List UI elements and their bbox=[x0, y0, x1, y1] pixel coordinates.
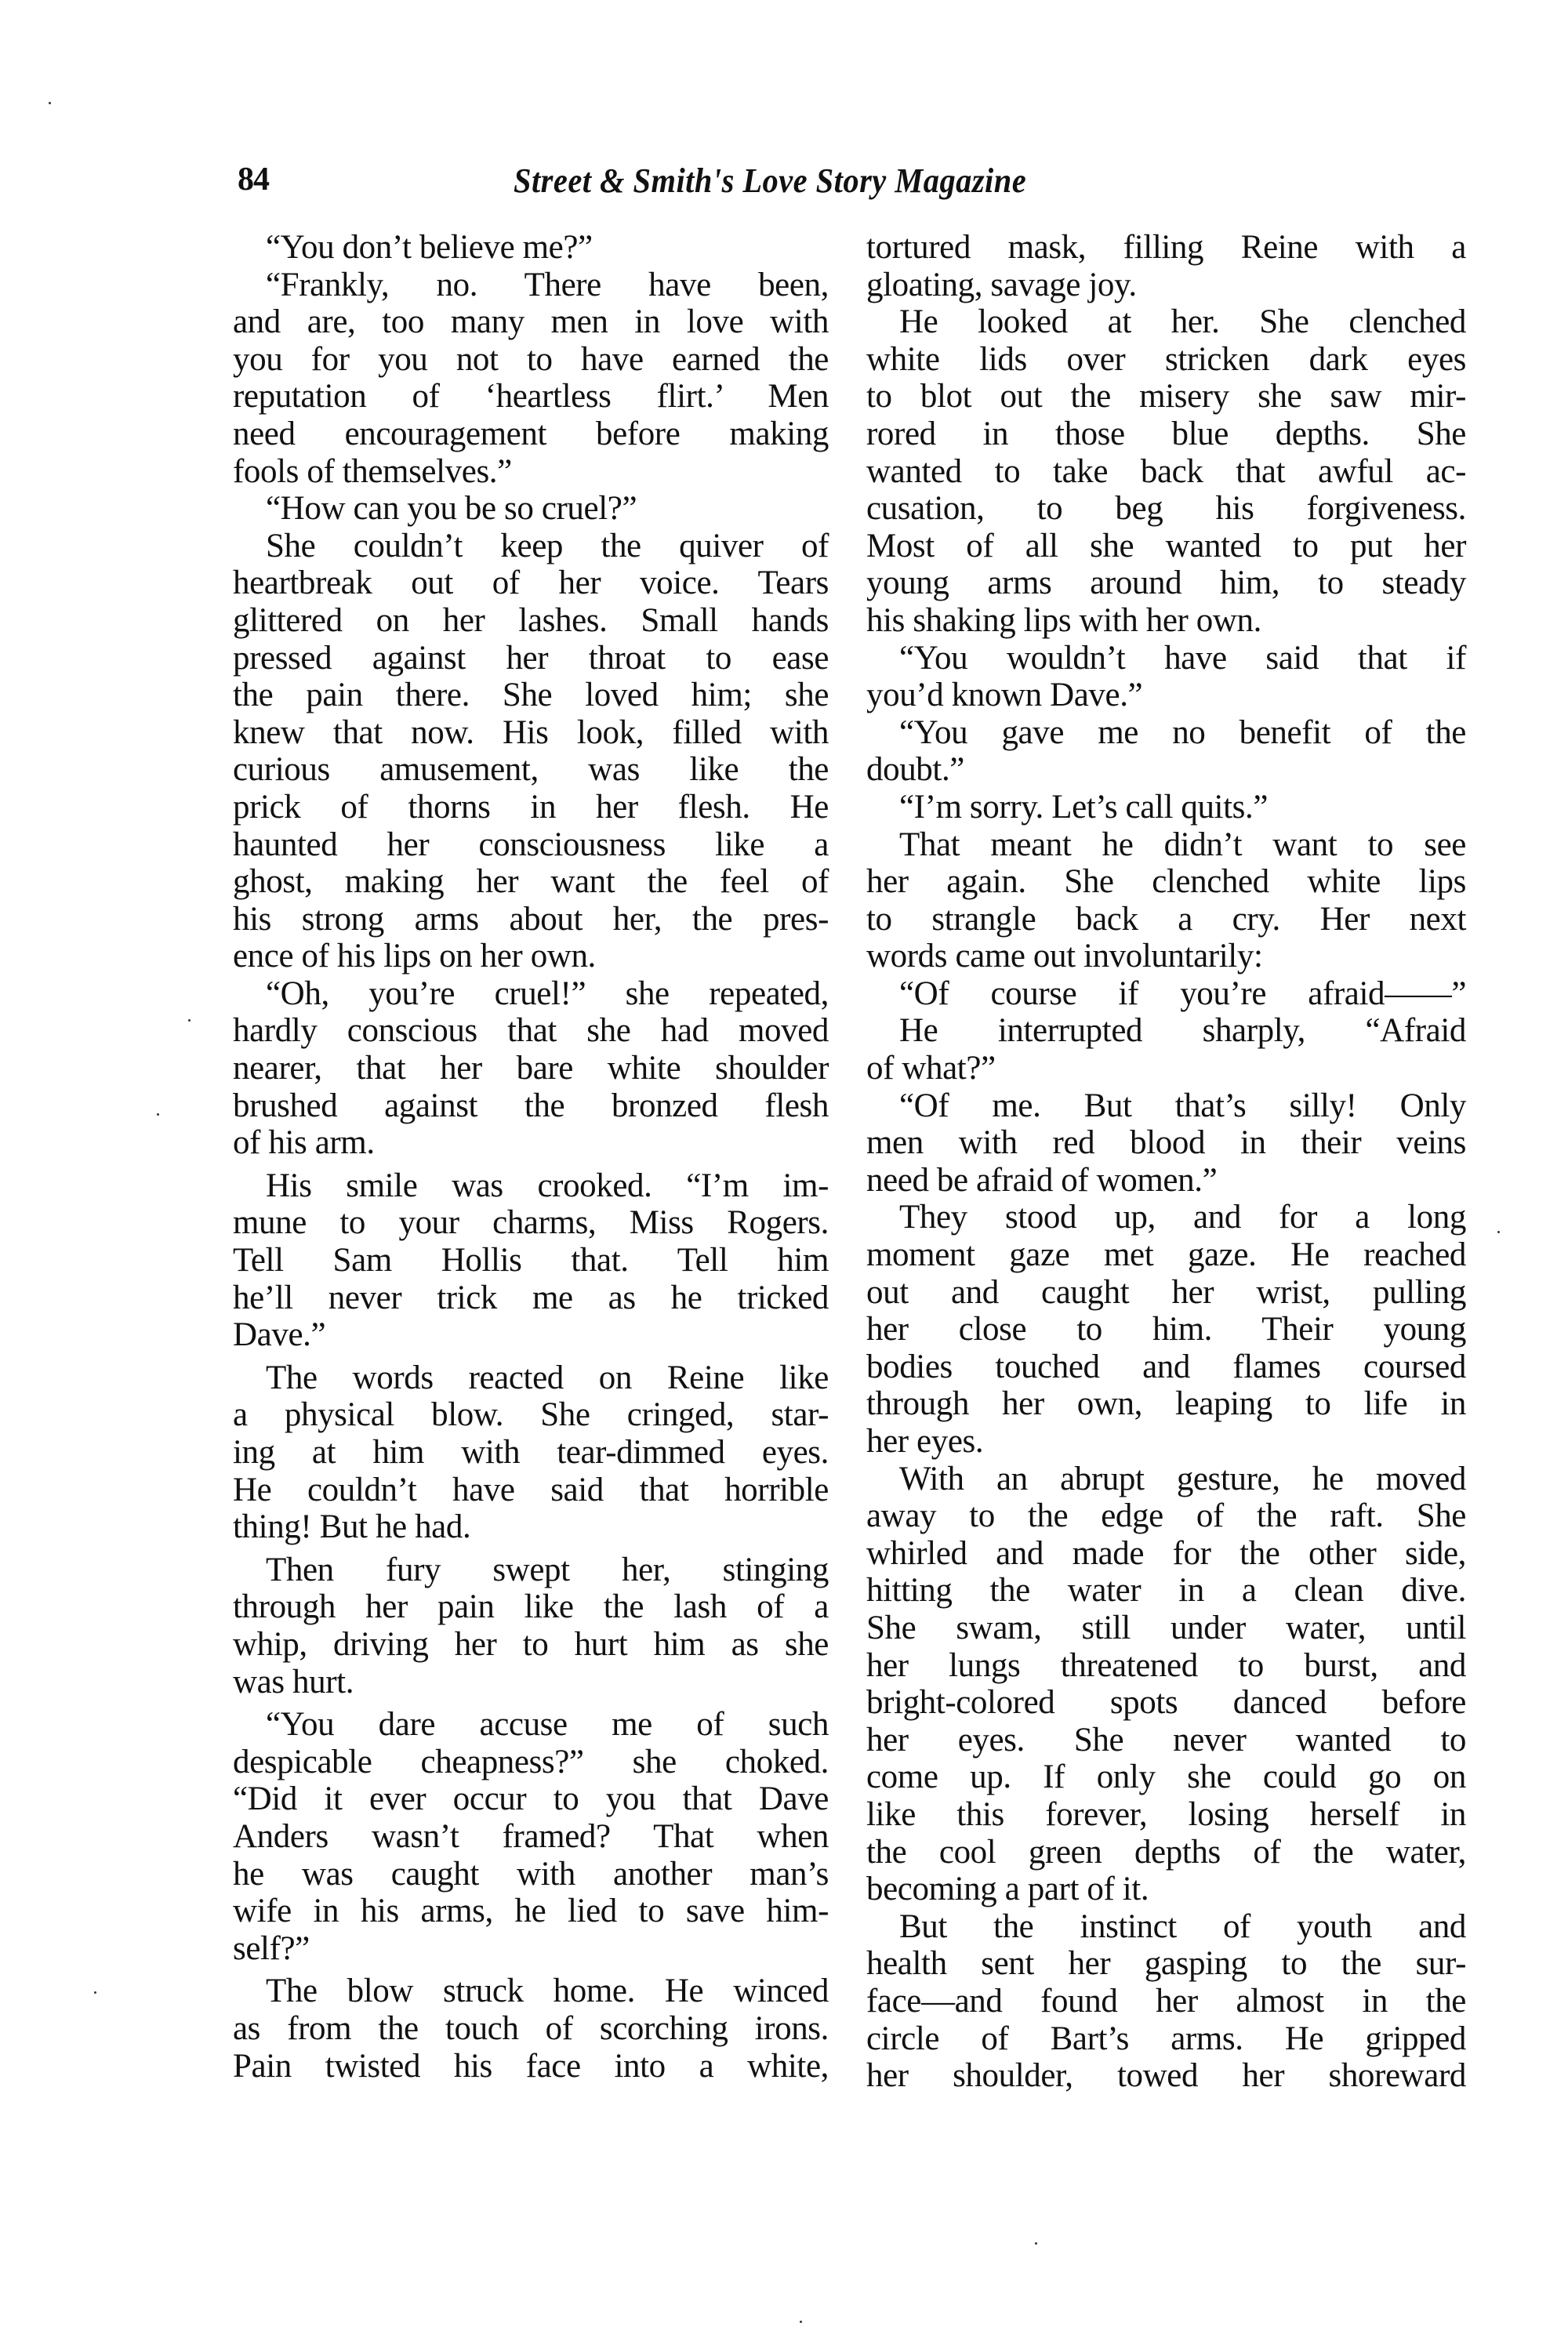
text-line: doubt.” bbox=[866, 751, 1466, 789]
text-line: whip, driving her to hurt him as she bbox=[233, 1626, 829, 1664]
text-line: The blow struck home. He winced bbox=[233, 1973, 829, 2010]
scan-speck bbox=[1035, 2242, 1037, 2245]
text-line: Tell Sam Hollis that. Tell him bbox=[233, 1242, 829, 1279]
text-line: bright-colored spots danced before bbox=[866, 1684, 1466, 1722]
text-line: hardly conscious that she had moved bbox=[233, 1012, 829, 1050]
text-line: prick of thorns in her flesh. He bbox=[233, 789, 829, 826]
text-line: “I’m sorry. Let’s call quits.” bbox=[866, 789, 1466, 826]
scan-speck bbox=[1497, 1231, 1500, 1233]
text-line: men with red blood in their veins bbox=[866, 1124, 1466, 1162]
text-line: come up. If only she could go on bbox=[866, 1759, 1466, 1796]
text-line: wanted to take back that awful ac- bbox=[866, 453, 1466, 491]
text-line: gloating, savage joy. bbox=[866, 267, 1466, 304]
text-line: Then fury swept her, stinging bbox=[233, 1552, 829, 1589]
text-line: nearer, that her bare white shoulder bbox=[233, 1050, 829, 1087]
text-line: pressed against her throat to ease bbox=[233, 640, 829, 677]
text-line: rored in those blue depths. She bbox=[866, 416, 1466, 453]
text-line: becoming a part of it. bbox=[866, 1871, 1466, 1908]
text-line: Anders wasn’t framed? That when bbox=[233, 1818, 829, 1856]
left-column: “You don’t believe me?”“Frankly, no. The… bbox=[233, 229, 829, 2085]
text-line: self?” bbox=[233, 1930, 829, 1968]
text-line: to strangle back a cry. Her next bbox=[866, 901, 1466, 938]
text-line: away to the edge of the raft. She bbox=[866, 1497, 1466, 1535]
text-line: “Of me. But that’s silly! Only bbox=[866, 1087, 1466, 1125]
text-line: haunted her consciousness like a bbox=[233, 826, 829, 864]
page-header: 84 Street & Smith's Love Story Magazine bbox=[235, 161, 1474, 200]
text-line: circle of Bart’s arms. He gripped bbox=[866, 2020, 1466, 2058]
text-line: moment gaze met gaze. He reached bbox=[866, 1236, 1466, 1274]
text-line: need be afraid of women.” bbox=[866, 1162, 1466, 1200]
text-line: through her own, leaping to life in bbox=[866, 1385, 1466, 1423]
text-line: his shaking lips with her own. bbox=[866, 602, 1466, 640]
text-line: face—and found her almost in the bbox=[866, 1983, 1466, 2020]
scan-speck bbox=[94, 1991, 96, 1994]
text-line: tortured mask, filling Reine with a bbox=[866, 229, 1466, 267]
text-line: white lids over stricken dark eyes bbox=[866, 341, 1466, 379]
text-line: the cool green depths of the water, bbox=[866, 1834, 1466, 1871]
text-line: and are, too many men in love with bbox=[233, 303, 829, 341]
text-line: He couldn’t have said that horrible bbox=[233, 1472, 829, 1509]
text-line: curious amusement, was like the bbox=[233, 751, 829, 789]
text-line: With an abrupt gesture, he moved bbox=[866, 1461, 1466, 1498]
scan-speck bbox=[800, 2321, 802, 2323]
text-line: young arms around him, to steady bbox=[866, 564, 1466, 602]
text-line: need encouragement before making bbox=[233, 416, 829, 453]
text-line: you for you not to have earned the bbox=[233, 341, 829, 379]
text-line: mune to your charms, Miss Rogers. bbox=[233, 1204, 829, 1242]
text-line: you’d known Dave.” bbox=[866, 677, 1466, 714]
text-line: ing at him with tear-dimmed eyes. bbox=[233, 1434, 829, 1472]
text-line: Most of all she wanted to put her bbox=[866, 528, 1466, 565]
text-line: He looked at her. She clenched bbox=[866, 303, 1466, 341]
scan-speck bbox=[188, 1019, 191, 1022]
text-line: She swam, still under water, until bbox=[866, 1610, 1466, 1647]
text-line: was hurt. bbox=[233, 1664, 829, 1701]
text-line: out and caught her wrist, pulling bbox=[866, 1274, 1466, 1312]
running-title: Street & Smith's Love Story Magazine bbox=[514, 161, 1026, 201]
text-line: his strong arms about her, the pres- bbox=[233, 901, 829, 938]
text-line: glittered on her lashes. Small hands bbox=[233, 602, 829, 640]
text-line: reputation of ‘heartless flirt.’ Men bbox=[233, 378, 829, 416]
text-line: But the instinct of youth and bbox=[866, 1908, 1466, 1946]
text-line: bodies touched and flames coursed bbox=[866, 1348, 1466, 1386]
text-line: That meant he didn’t want to see bbox=[866, 826, 1466, 864]
right-column: tortured mask, filling Reine with agloat… bbox=[866, 229, 1466, 2095]
text-line: knew that now. His look, filled with bbox=[233, 714, 829, 752]
text-line: ghost, making her want the feel of bbox=[233, 863, 829, 901]
text-line: “Of course if you’re afraid——” bbox=[866, 975, 1466, 1013]
text-line: “Did it ever occur to you that Dave bbox=[233, 1780, 829, 1818]
text-line: a physical blow. She cringed, star- bbox=[233, 1396, 829, 1434]
text-line: the pain there. She loved him; she bbox=[233, 677, 829, 714]
text-line: brushed against the bronzed flesh bbox=[233, 1087, 829, 1125]
text-line: her close to him. Their young bbox=[866, 1311, 1466, 1348]
text-line: her again. She clenched white lips bbox=[866, 863, 1466, 901]
text-line: He interrupted sharply, “Afraid bbox=[866, 1012, 1466, 1050]
text-line: her eyes. She never wanted to bbox=[866, 1722, 1466, 1759]
text-line: The words reacted on Reine like bbox=[233, 1359, 829, 1397]
text-line: His smile was crooked. “I’m im- bbox=[233, 1167, 829, 1205]
text-line: her lungs threatened to burst, and bbox=[866, 1647, 1466, 1685]
text-line: Pain twisted his face into a white, bbox=[233, 2048, 829, 2085]
text-line: fools of themselves.” bbox=[233, 453, 829, 491]
page-number: 84 bbox=[238, 161, 269, 198]
text-line: “You wouldn’t have said that if bbox=[866, 640, 1466, 677]
text-line: of his arm. bbox=[233, 1124, 829, 1162]
text-line: health sent her gasping to the sur- bbox=[866, 1945, 1466, 1983]
text-line: They stood up, and for a long bbox=[866, 1199, 1466, 1236]
text-line: as from the touch of scorching irons. bbox=[233, 2010, 829, 2048]
text-line: “You gave me no benefit of the bbox=[866, 714, 1466, 752]
text-line: he was caught with another man’s bbox=[233, 1856, 829, 1893]
scan-speck bbox=[49, 102, 51, 104]
text-line: heartbreak out of her voice. Tears bbox=[233, 564, 829, 602]
text-line: to blot out the misery she saw mir- bbox=[866, 378, 1466, 416]
text-line: “You don’t believe me?” bbox=[233, 229, 829, 267]
text-line: through her pain like the lash of a bbox=[233, 1588, 829, 1626]
text-line: he’ll never trick me as he tricked bbox=[233, 1279, 829, 1317]
text-line: “Oh, you’re cruel!” she repeated, bbox=[233, 975, 829, 1013]
scan-speck bbox=[157, 1113, 159, 1116]
text-line: She couldn’t keep the quiver of bbox=[233, 528, 829, 565]
text-line: thing! But he had. bbox=[233, 1508, 829, 1546]
text-line: words came out involuntarily: bbox=[866, 938, 1466, 975]
text-line: despicable cheapness?” she choked. bbox=[233, 1744, 829, 1781]
text-line: Dave.” bbox=[233, 1316, 829, 1354]
text-line: whirled and made for the other side, bbox=[866, 1535, 1466, 1573]
text-line: her shoulder, towed her shoreward bbox=[866, 2057, 1466, 2095]
text-line: her eyes. bbox=[866, 1423, 1466, 1461]
text-line: cusation, to beg his forgiveness. bbox=[866, 490, 1466, 528]
text-line: “How can you be so cruel?” bbox=[233, 490, 829, 528]
text-line: of what?” bbox=[866, 1050, 1466, 1087]
text-line: hitting the water in a clean dive. bbox=[866, 1572, 1466, 1610]
text-line: ence of his lips on her own. bbox=[233, 938, 829, 975]
text-line: “Frankly, no. There have been, bbox=[233, 267, 829, 304]
text-line: wife in his arms, he lied to save him- bbox=[233, 1893, 829, 1930]
text-line: “You dare accuse me of such bbox=[233, 1706, 829, 1744]
text-line: like this forever, losing herself in bbox=[866, 1796, 1466, 1834]
